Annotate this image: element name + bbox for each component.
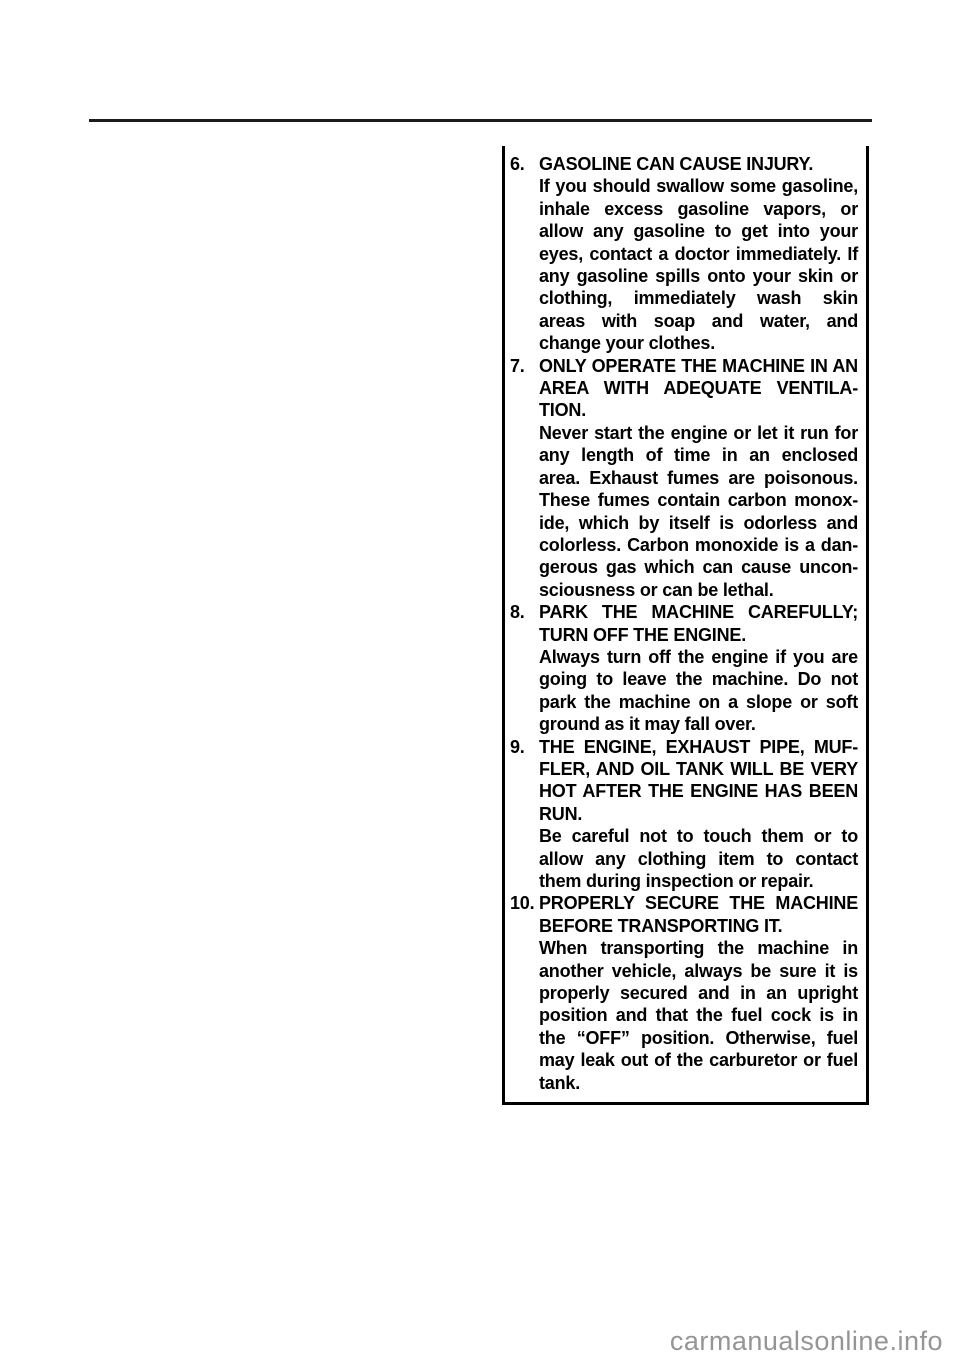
warning-item-heading: GASOLINE CAN CAUSE INJURY. (539, 153, 858, 175)
warning-item-body: Never start the engine or let it run for… (539, 422, 858, 601)
warning-item-7: 7. ONLY OPERATE THE MACHINE IN AN AREA W… (510, 355, 858, 601)
warning-item-content: PARK THE MACHINE CAREFULLY; TURN OFF THE… (539, 601, 858, 735)
warning-item-body: Always turn off the engine if you are go… (539, 646, 858, 736)
warning-item-content: PROPERLY SECURE THE MACHINE BEFORE TRANS… (539, 892, 858, 1094)
warning-item-heading: ONLY OPERATE THE MACHINE IN AN AREA WITH… (539, 355, 858, 422)
warning-item-heading: PARK THE MACHINE CAREFULLY; TURN OFF THE… (539, 601, 858, 646)
page-top-rule (89, 119, 872, 122)
warning-item-6: 6. GASOLINE CAN CAUSE INJURY. If you sho… (510, 153, 858, 355)
warning-item-body: When transporting the machine in another… (539, 937, 858, 1094)
warning-item-heading: THE ENGINE, EXHAUST PIPE, MUF-FLER, AND … (539, 736, 858, 826)
warning-item-heading: PROPERLY SECURE THE MACHINE BEFORE TRANS… (539, 892, 858, 937)
warning-item-content: THE ENGINE, EXHAUST PIPE, MUF-FLER, AND … (539, 736, 858, 893)
warning-item-number: 6. (510, 153, 539, 355)
warning-item-number: 9. (510, 736, 539, 893)
warning-item-content: GASOLINE CAN CAUSE INJURY. If you should… (539, 153, 858, 355)
warning-item-number: 10. (510, 892, 539, 1094)
warning-item-content: ONLY OPERATE THE MACHINE IN AN AREA WITH… (539, 355, 858, 601)
warning-item-8: 8. PARK THE MACHINE CAREFULLY; TURN OFF … (510, 601, 858, 735)
warning-item-10: 10. PROPERLY SECURE THE MACHINE BEFORE T… (510, 892, 858, 1094)
watermark: carmanualsonline.info (670, 1328, 943, 1355)
safety-warning-box: 6. GASOLINE CAN CAUSE INJURY. If you sho… (502, 146, 869, 1105)
manual-page: 6. GASOLINE CAN CAUSE INJURY. If you sho… (0, 0, 960, 1358)
warning-item-body: Be careful not to touch them or to allow… (539, 825, 858, 892)
warning-item-body: If you should swallow some gasoline, inh… (539, 175, 858, 354)
warning-item-9: 9. THE ENGINE, EXHAUST PIPE, MUF-FLER, A… (510, 736, 858, 893)
warning-item-number: 7. (510, 355, 539, 601)
warning-item-number: 8. (510, 601, 539, 735)
